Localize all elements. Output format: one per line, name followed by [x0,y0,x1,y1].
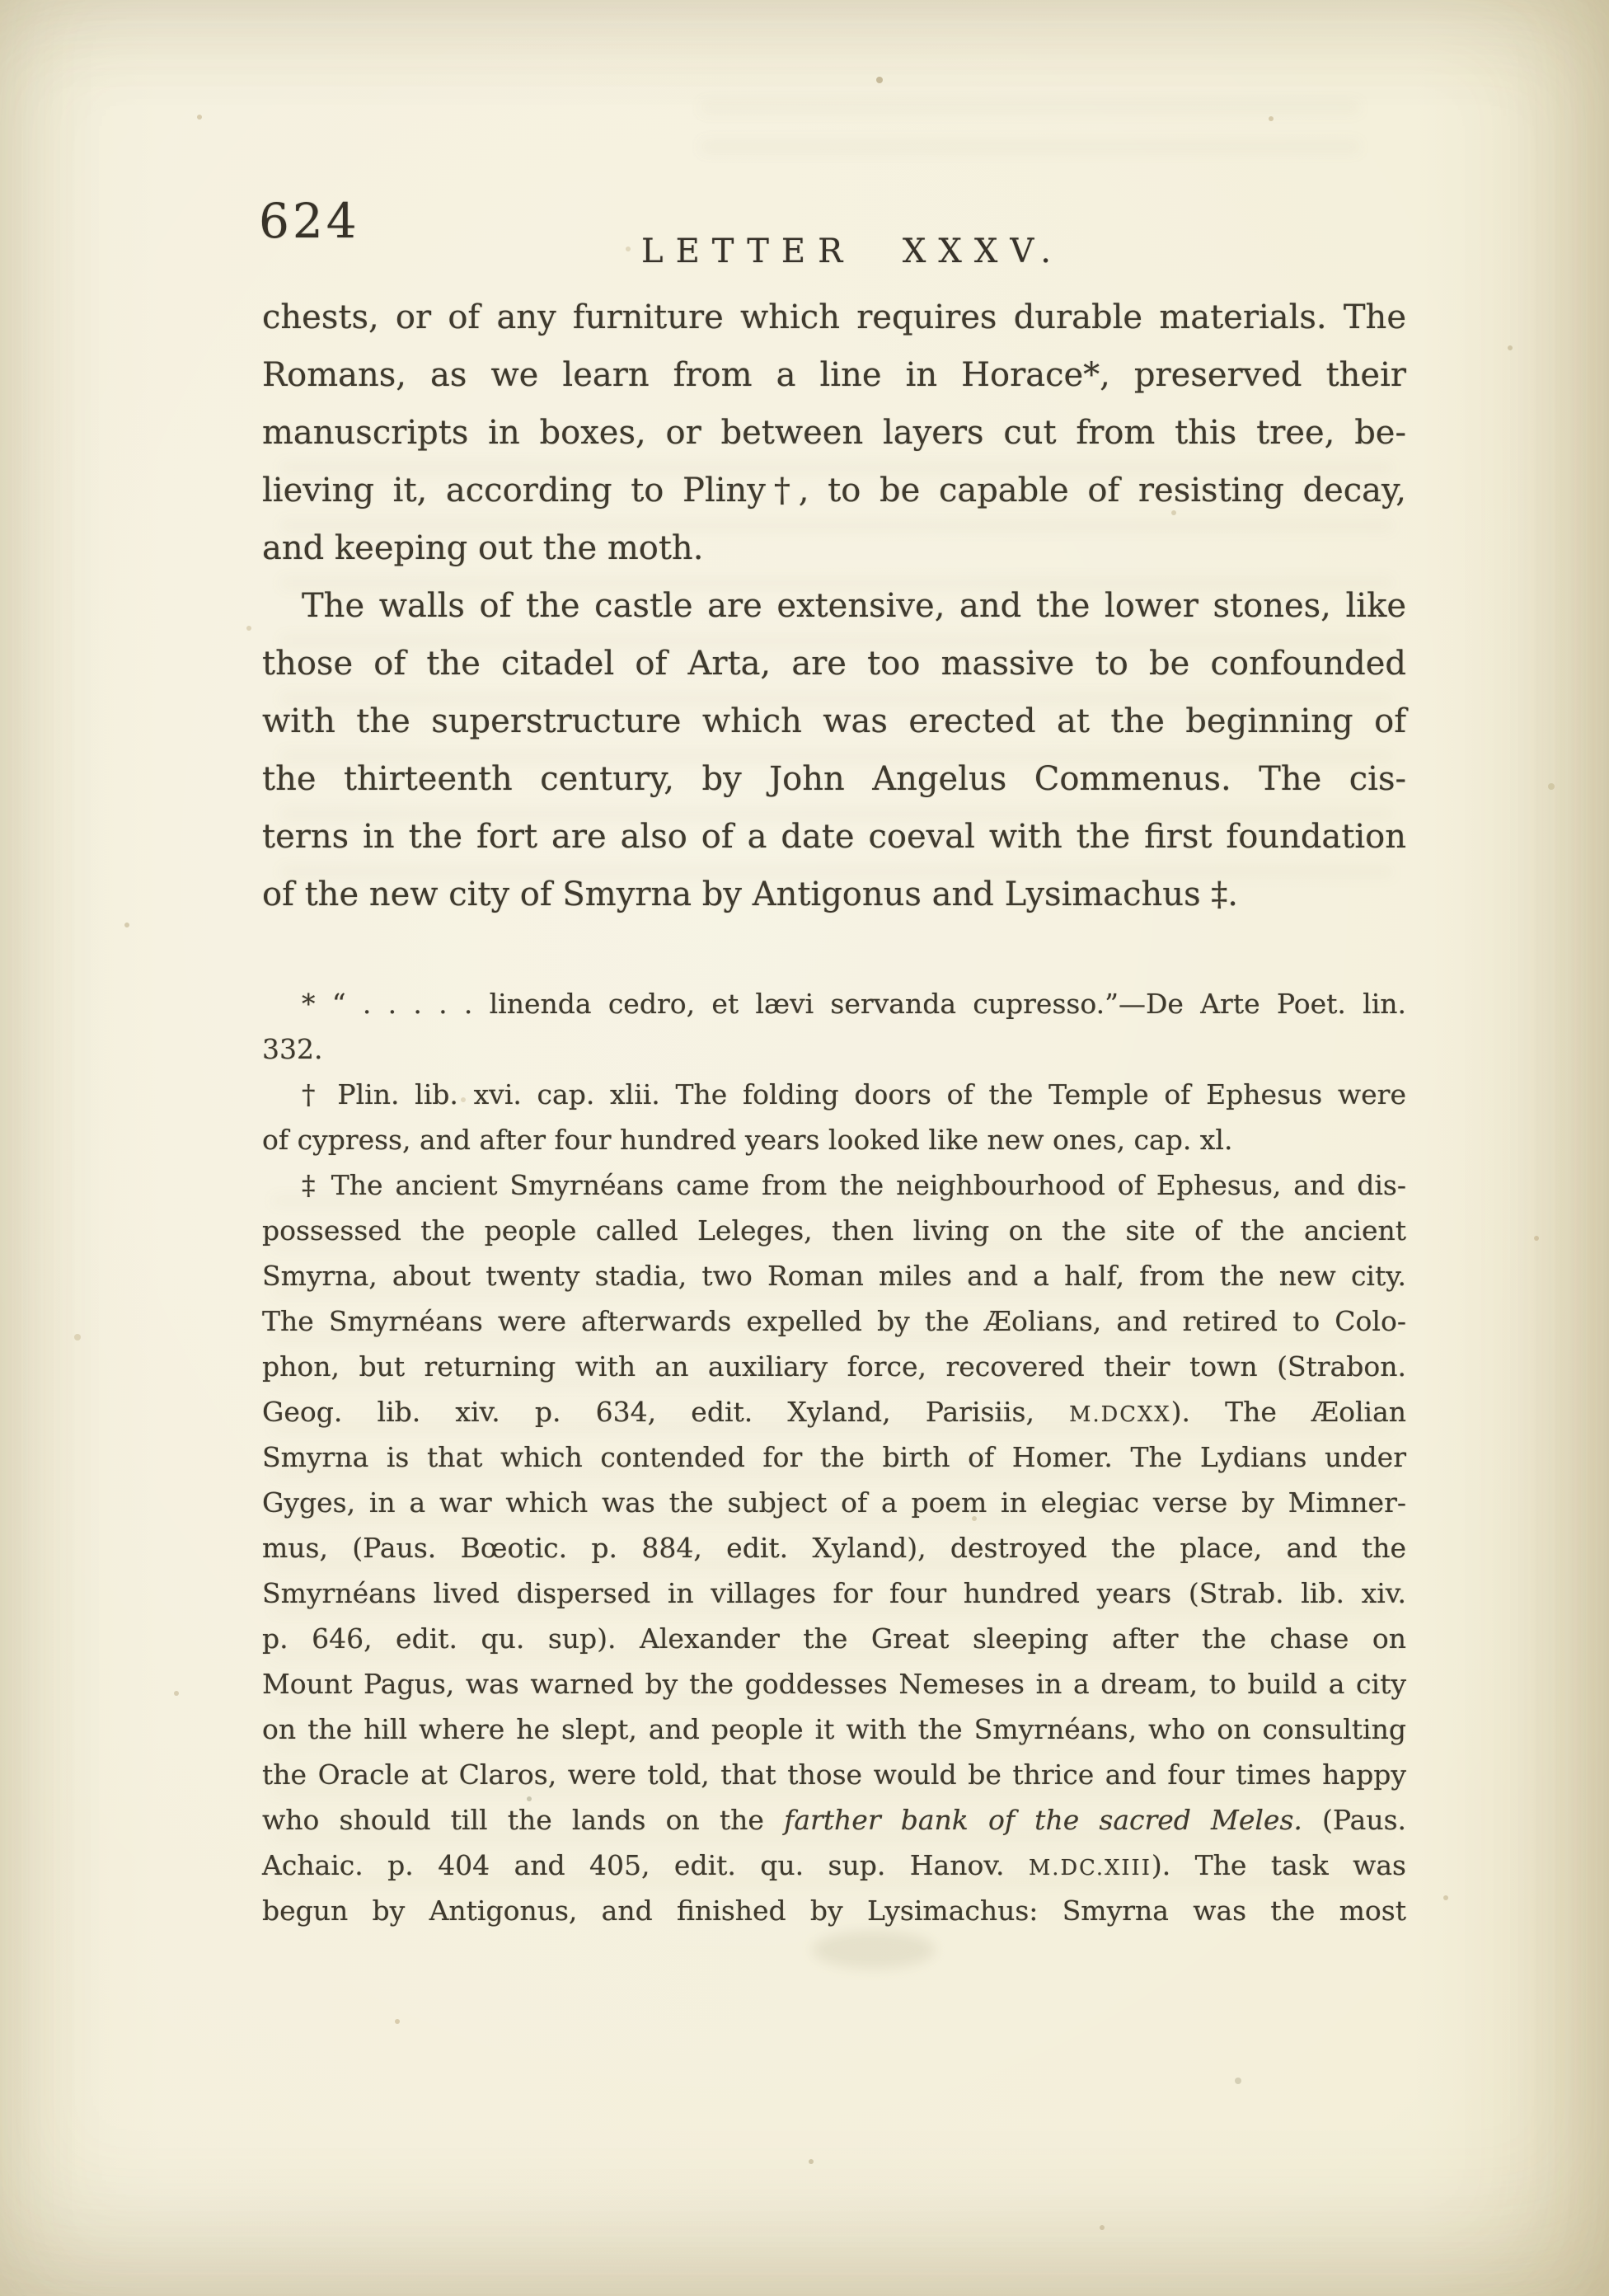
footnote-line: Achaic. p. 404 and 405, edit. qu. sup. H… [262,1843,1406,1888]
footnote-line: Mount Pagus, was warned by the goddesses… [262,1661,1406,1707]
book-page-scan: 624 LETTER XXXV. chests, or of any furni… [0,0,1609,2296]
footnote-line: of cypress, and after four hundred years… [262,1117,1406,1162]
main-text-block: chests, or of any furniture which requir… [262,289,1406,923]
text-line: chests, or of any furniture which requir… [262,289,1406,346]
footnote-line: p. 646, edit. qu. sup). Alexander the Gr… [262,1616,1406,1661]
footnote-line: 332. [262,1026,1406,1072]
footnote-text: (Paus. [1302,1804,1406,1836]
footnote-text: ). The task was [1152,1849,1406,1881]
text-line: those of the citadel of Arta, are too ma… [262,635,1406,693]
footnote-line: The Smyrnéans were afterwards expelled b… [262,1298,1406,1344]
footnote-line: Smyrna is that which contended for the b… [262,1434,1406,1480]
text-line: with the superstructure which was erecte… [262,693,1406,750]
text-line: the thirteenth century, by John Angelus … [262,750,1406,808]
footnote-line: Gyges, in a war which was the subject of… [262,1480,1406,1525]
footnote-line: on the hill where he slept, and people i… [262,1707,1406,1752]
text-line: Romans, as we learn from a line in Horac… [262,346,1406,404]
footnote-line: possessed the people called Leleges, the… [262,1208,1406,1253]
footnote-text: Geog. lib. xiv. p. 634, edit. Xyland, Pa… [262,1396,1069,1428]
footnote-line: phon, but returning with an auxiliary fo… [262,1344,1406,1389]
footnote-line: mus, (Paus. Bœotic. p. 884, edit. Xyland… [262,1525,1406,1571]
text-line: manuscripts in boxes, or between layers … [262,404,1406,462]
footnote-line: Smyrnéans lived dispersed in villages fo… [262,1571,1406,1616]
footnote-text: who should till the lands on the [262,1804,784,1836]
running-head: LETTER XXXV. [280,232,1424,270]
page-bleedthrough-smudge [812,1931,936,1969]
footnote-text: Achaic. p. 404 and 405, edit. qu. sup. H… [262,1849,1029,1881]
footnote-line: ‡ The ancient Smyrnéans came from the ne… [262,1162,1406,1208]
paper-specks [0,0,3,3]
footnote-line: who should till the lands on the farther… [262,1797,1406,1843]
text-line: terns in the fort are also of a date coe… [262,808,1406,866]
footnote-text: ). The Æolian [1171,1396,1406,1428]
footnote-line: Geog. lib. xiv. p. 634, edit. Xyland, Pa… [262,1389,1406,1434]
footnotes-block: * “ . . . . . linenda cedro, et lævi ser… [262,981,1406,1933]
page-bleedthrough-smudge [701,101,1360,175]
text-line: lieving it, according to Pliny†, to be c… [262,462,1406,519]
footnote-line: the Oracle at Claros, were told, that th… [262,1752,1406,1797]
small-caps-date: M.DCXX [1069,1402,1171,1427]
italic-phrase: farther bank of the sacred Meles. [784,1804,1302,1836]
footnote-line: begun by Antigonus, and finished by Lysi… [262,1888,1406,1933]
text-line: and keeping out the moth. [262,519,1406,577]
footnote-line: * “ . . . . . linenda cedro, et lævi ser… [262,981,1406,1026]
text-line: The walls of the castle are extensive, a… [262,577,1406,635]
small-caps-date: M.DC.XIII [1029,1856,1152,1880]
footnote-line: † Plin. lib. xvi. cap. xlii. The folding… [262,1072,1406,1117]
footnote-line: Smyrna, about twenty stadia, two Roman m… [262,1253,1406,1298]
text-line: of the new city of Smyrna by Antigonus a… [262,866,1406,923]
